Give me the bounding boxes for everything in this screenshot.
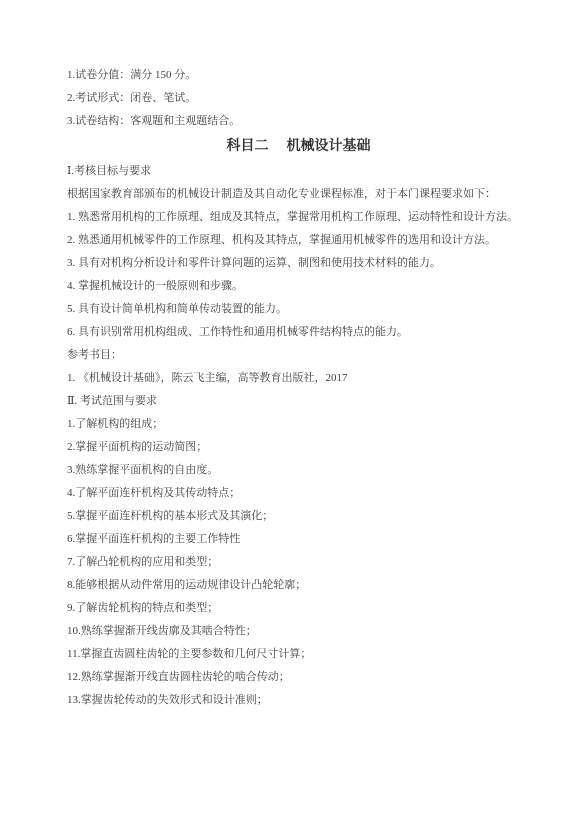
section1-intro: 根据国家教育部颁布的机械设计制造及其自动化专业课程标准，对于本门课程要求如下： bbox=[67, 189, 530, 200]
section2-heading: Ⅱ. 考试范围与要求 bbox=[67, 396, 530, 407]
exam-info-line: 1.试卷分值：满分 150 分。 bbox=[67, 70, 530, 81]
scope-item: 2.掌握平面机构的运动简图； bbox=[67, 442, 530, 453]
exam-info-line: 2.考试形式：闭卷、笔试。 bbox=[67, 93, 530, 104]
scope-item: 11.掌握直齿圆柱齿轮的主要参数和几何尺寸计算； bbox=[67, 649, 530, 660]
document-page: 1.试卷分值：满分 150 分。 2.考试形式：闭卷、笔试。 3.试卷结构：客观… bbox=[0, 0, 584, 826]
requirement-item: 2. 熟悉通用机械零件的工作原理、机构及其特点，掌握通用机械零件的选用和设计方法… bbox=[67, 235, 530, 246]
section1-heading: Ⅰ.考核目标与要求 bbox=[67, 166, 530, 177]
scope-item: 5.掌握平面连杆机构的基本形式及其演化； bbox=[67, 511, 530, 522]
scope-item: 6.掌握平面连杆机构的主要工作特性 bbox=[67, 534, 530, 545]
requirement-item: 3. 具有对机构分析设计和零件计算问题的运算、制图和使用技术材料的能力。 bbox=[67, 258, 530, 269]
scope-item: 9.了解齿轮机构的特点和类型； bbox=[67, 603, 530, 614]
scope-item: 13.掌握齿轮传动的失效形式和设计准则； bbox=[67, 695, 530, 706]
requirement-item: 1. 熟悉常用机构的工作原理、组成及其特点，掌握常用机构工作原理、运动特性和设计… bbox=[67, 212, 530, 223]
reference-label: 参考书目： bbox=[67, 350, 530, 361]
subject-name: 机械设计基础 bbox=[287, 139, 371, 154]
exam-info-line: 3.试卷结构：客观题和主观题结合。 bbox=[67, 116, 530, 127]
scope-item: 4.了解平面连杆机构及其传动特点； bbox=[67, 488, 530, 499]
subject-title: 科目二机械设计基础 bbox=[67, 139, 530, 154]
requirement-item: 5. 具有设计简单机构和简单传动装置的能力。 bbox=[67, 304, 530, 315]
scope-item: 12.熟练掌握渐开线直齿圆柱齿轮的啮合传动； bbox=[67, 672, 530, 683]
requirement-item: 4. 掌握机械设计的一般原则和步骤。 bbox=[67, 281, 530, 292]
reference-item: 1. 《机械设计基础》，陈云飞主编，高等教育出版社，2017 bbox=[67, 373, 530, 384]
subject-number: 科目二 bbox=[227, 139, 269, 154]
scope-item: 7.了解凸轮机构的应用和类型； bbox=[67, 557, 530, 568]
scope-item: 1.了解机构的组成； bbox=[67, 419, 530, 430]
scope-item: 3.熟练掌握平面机构的自由度。 bbox=[67, 465, 530, 476]
scope-item: 8.能够根据从动件常用的运动规律设计凸轮轮廓； bbox=[67, 580, 530, 591]
scope-item: 10.熟练掌握渐开线齿廓及其啮合特性； bbox=[67, 626, 530, 637]
requirement-item: 6. 具有识别常用机构组成、工作特性和通用机械零件结构特点的能力。 bbox=[67, 327, 530, 338]
